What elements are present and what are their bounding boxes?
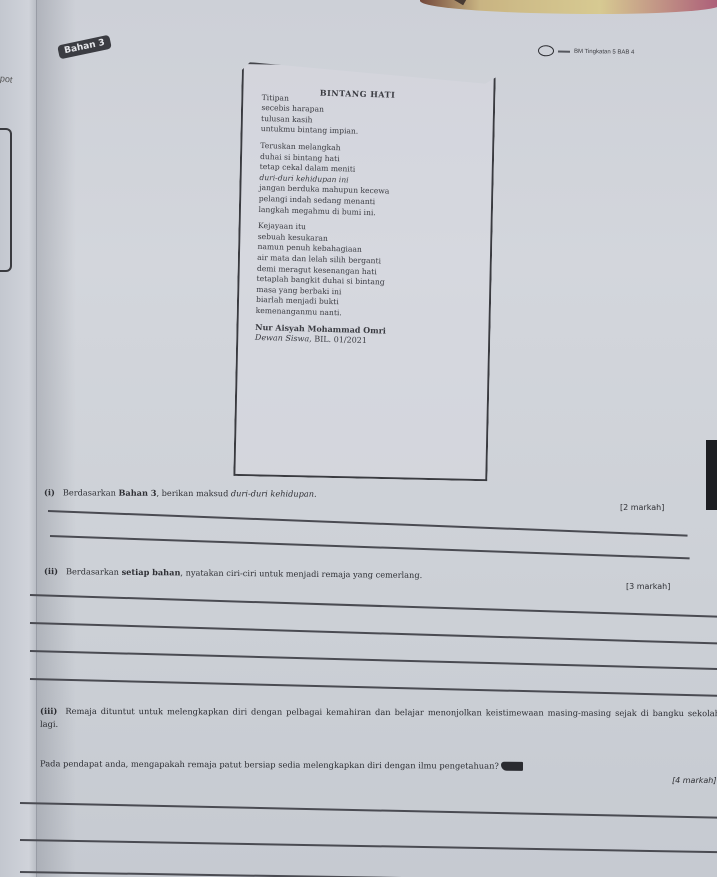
q3-marks-text: [4 markah] xyxy=(672,776,716,785)
question-number: (ii) xyxy=(44,566,58,576)
q2-bold: setiap bahan xyxy=(122,567,181,578)
q3-prompt-text: Pada pendapat anda, mengapakah remaja pa… xyxy=(40,758,499,770)
source-issue: BIL. 01/2021 xyxy=(312,335,367,346)
page-tab-marker xyxy=(706,440,717,510)
logo-dash xyxy=(558,50,570,52)
poem: BINTANG HATI Titipansecebis harapantulus… xyxy=(255,86,492,350)
gutter-shadow xyxy=(36,0,76,877)
poem-stanza: Teruskan melangkahduhai si bintang hatit… xyxy=(258,141,490,222)
q1-italic: duri-duri kehidupan. xyxy=(231,488,317,498)
left-page-fragment: pot xyxy=(0,73,13,85)
q3-stimulus-text: Remaja dituntut untuk melengkapkan diri … xyxy=(40,706,717,729)
marks-q3: [4 markah] xyxy=(672,776,716,785)
poem-stanza: Titipansecebis harapantulusan kasihuntuk… xyxy=(261,93,492,142)
question-number: (i) xyxy=(44,487,55,497)
marks-q2: [3 markah] xyxy=(626,582,670,591)
poem-stanza: Kejayaan itusebuah kesukarannamun penuh … xyxy=(256,221,489,323)
marks-q1: [2 markah] xyxy=(620,503,664,512)
q2-pre: Berdasarkan xyxy=(66,566,122,577)
poem-stanzas: Titipansecebis harapantulusan kasihuntuk… xyxy=(256,93,492,323)
book-title: BM Tingkatan 5 BAB 4 xyxy=(574,48,634,55)
book-header: BM Tingkatan 5 BAB 4 xyxy=(538,45,635,58)
publisher-logo-icon xyxy=(538,45,554,56)
q1-pre: Berdasarkan xyxy=(63,487,119,497)
question-1-text: (i)Berdasarkan Bahan 3, berikan maksud d… xyxy=(44,487,317,498)
source-magazine: Dewan Siswa, xyxy=(255,333,312,344)
object-shadow xyxy=(439,0,469,5)
q1-bold: Bahan 3 xyxy=(118,488,156,498)
question-number: (iii) xyxy=(40,705,57,718)
pen-icon xyxy=(501,762,523,771)
left-page-box xyxy=(0,128,12,272)
question-1: (i)Berdasarkan Bahan 3, berikan maksud d… xyxy=(44,487,317,498)
left-page: pot xyxy=(0,0,37,877)
q1-mid: , berikan maksud xyxy=(156,488,231,498)
question-3-stimulus: (iii)Remaja dituntut untuk melengkapkan … xyxy=(40,705,717,733)
